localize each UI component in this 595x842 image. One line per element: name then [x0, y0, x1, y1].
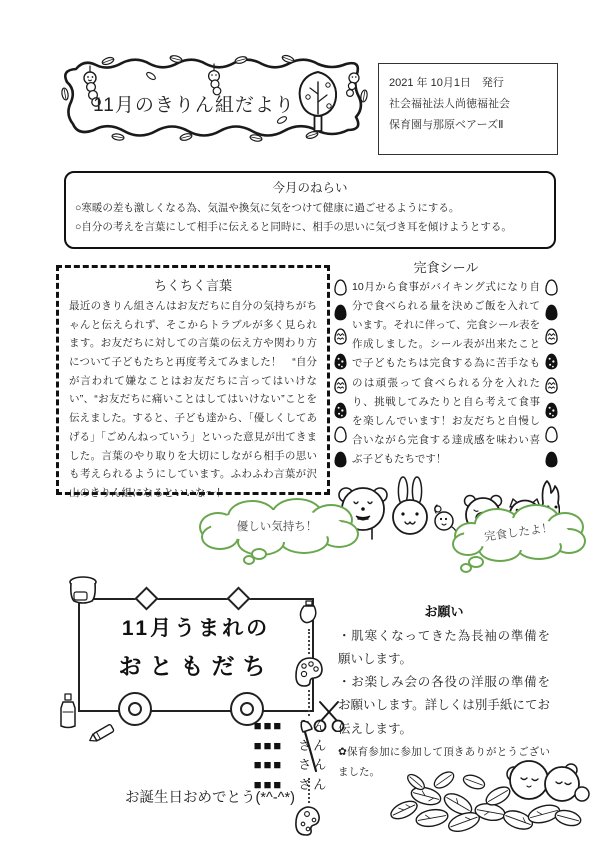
egg-speckle-icon	[334, 353, 347, 370]
egg-outline-icon	[545, 279, 558, 296]
request-item: ・肌寒くなってきた為長袖の準備を願いします。	[338, 625, 550, 671]
issue-info-box: 2021 年 10月1日 発行 社会福祉法人尚徳福祉会 保育園与那原ベアーズⅡ	[378, 63, 558, 155]
monthly-aim-title: 今月のねらい	[75, 178, 545, 196]
egg-solid-icon	[545, 304, 558, 321]
glue-jar-icon	[66, 574, 100, 608]
egg-outline-icon	[334, 426, 347, 443]
leaf-pile-illustration	[386, 752, 590, 838]
finished-speech-bubble: 完食したよ！	[450, 500, 587, 574]
egg-speckle-icon	[545, 402, 558, 419]
egg-outline-icon	[334, 279, 347, 296]
diamond-icon	[226, 586, 250, 610]
issue-school: 保育園与那原ベアーズⅡ	[389, 115, 547, 136]
egg-zigzag-icon	[545, 377, 558, 394]
rabbit-icon	[393, 477, 427, 534]
birthday-title-line2: おともだち	[80, 648, 312, 681]
request-item: ・お楽しみ会の各役の洋服の準備をお願いします。詳しくは別手紙にてお伝えします。	[338, 671, 550, 740]
egg-solid-icon	[334, 304, 347, 321]
glue-bottle-icon	[58, 692, 78, 730]
egg-solid-icon	[334, 451, 347, 468]
monthly-aim-item: ○寒暖の差も激しくなる為、気温や換気に気をつけて健康に過ごせるようにする。	[75, 199, 545, 218]
monthly-aim-box: 今月のねらい ○寒暖の差も激しくなる為、気温や換気に気をつけて健康に過ごせるよう…	[64, 171, 556, 249]
palette-icon	[295, 806, 323, 836]
paint-tube-icon	[297, 600, 321, 626]
section-divider	[294, 600, 324, 836]
chikuchiku-title: ちくちく言葉	[69, 275, 317, 294]
tree-icon	[300, 72, 336, 131]
birthday-box: 11月うまれの おともだち	[78, 598, 314, 712]
paintbrush-icon	[296, 719, 322, 775]
page-title: 11月のきりん組だより	[84, 90, 304, 117]
birthday-title: 11月うまれの おともだち	[80, 612, 312, 681]
chikuchiku-body: 最近のきりん組さんはお友だちに自分の気持ちがちゃんと伝えられず、そこからトラブル…	[69, 297, 317, 503]
egg-speckle-icon	[545, 353, 558, 370]
chikuchiku-box: ちくちく言葉 最近のきりん組さんはお友だちに自分の気持ちがちゃんと伝えられず、そ…	[56, 265, 330, 495]
palette-icon	[295, 657, 323, 687]
monthly-aim-list: ○寒暖の差も激しくなる為、気温や換気に気をつけて健康に過ごせるようにする。○自分…	[75, 199, 545, 238]
issue-organization: 社会福祉法人尚徳福祉会	[389, 94, 547, 115]
newsletter-page: 11月のきりん組だより 2021 年 10月1日 発行 社会福祉法人尚徳福祉会 …	[0, 0, 595, 842]
kanshoku-title: 完食シール	[332, 257, 560, 276]
egg-border-left	[332, 278, 349, 469]
diamond-icon	[134, 586, 158, 610]
request-list: ・肌寒くなってきた為長袖の準備を願いします。・お楽しみ会の各役の洋服の準備をお願…	[338, 625, 550, 741]
egg-solid-icon	[545, 451, 558, 468]
request-title: お願い	[338, 601, 550, 620]
egg-outline-icon	[545, 426, 558, 443]
kindness-speech-bubble: 優しい気持ち！	[193, 496, 361, 562]
egg-speckle-icon	[334, 402, 347, 419]
kindness-bubble-text: 優しい気持ち！	[193, 518, 361, 534]
sleeping-bears-icon	[507, 761, 589, 801]
crayon-icon	[85, 721, 117, 746]
kanshoku-body: 10月から食事がバイキング式になり自分で食べられる量を決めご飯を入れています。そ…	[349, 278, 543, 469]
egg-zigzag-icon	[334, 328, 347, 345]
monthly-aim-item: ○自分の考えを言葉にして相手に伝えると同時に、相手の思いに気づき耳を傾けようとす…	[75, 218, 545, 237]
birthday-greeting: お誕生日おめでとう(*^-^*)	[92, 786, 328, 807]
birthday-title-line1: 11月うまれの	[80, 612, 312, 642]
egg-zigzag-icon	[545, 328, 558, 345]
issue-date: 2021 年 10月1日 発行	[389, 73, 547, 94]
egg-border-right	[543, 278, 560, 469]
egg-zigzag-icon	[334, 377, 347, 394]
wheel-icon	[118, 692, 152, 726]
